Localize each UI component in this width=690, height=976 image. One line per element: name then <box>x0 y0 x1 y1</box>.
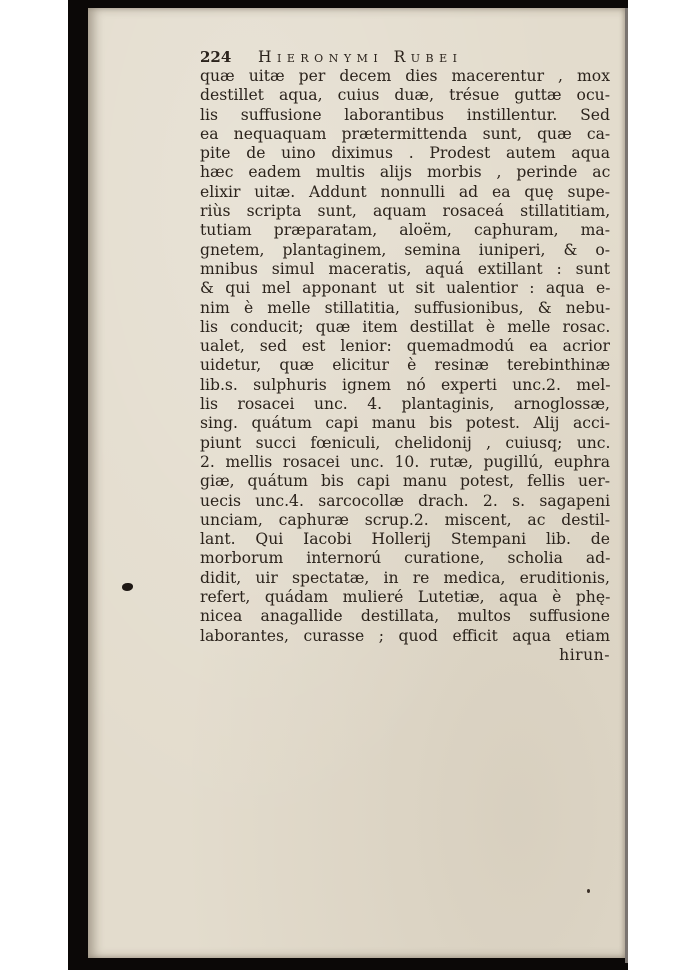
paper-speck <box>587 889 590 893</box>
text-line: quæ uitæ per decem dies macerentur , mox <box>200 67 610 86</box>
text-line: gnetem, plantaginem, semina iuniperi, & … <box>200 241 610 260</box>
text-line: riùs scripta sunt, aquam rosaceá stillat… <box>200 202 610 221</box>
page-number: 224 <box>200 48 258 67</box>
text-line: morborum internorú curatione, scholia ad… <box>200 549 610 568</box>
page-edge <box>625 8 628 963</box>
text-line: uidetur, quæ elicitur è resinæ terebinth… <box>200 356 610 375</box>
text-line: tutiam præparatam, aloëm, caphuram, ma- <box>200 221 610 240</box>
body-text: quæ uitæ per decem dies macerentur , mox… <box>200 67 610 646</box>
text-line: lis rosacei unc. 4. plantaginis, arnoglo… <box>200 395 610 414</box>
text-line: didit, uir spectatæ, in re medica, erudi… <box>200 569 610 588</box>
page-text-block: 224 Hieronymi Rubei quæ uitæ per decem d… <box>200 48 610 665</box>
text-line: destillet aqua, cuius duæ, trésue guttæ … <box>200 86 610 105</box>
text-line: mnibus simul maceratis, aquá extillant :… <box>200 260 610 279</box>
running-title: Hieronymi Rubei <box>258 48 463 67</box>
text-line: laborantes, curasse ; quod efficit aqua … <box>200 627 610 646</box>
text-line: nicea anagallide destillata, multos suff… <box>200 607 610 626</box>
text-line: piunt succi fœniculi, chelidonij , cuius… <box>200 434 610 453</box>
page-header: 224 Hieronymi Rubei <box>200 48 610 67</box>
text-line: pite de uino diximus . Prodest autem aqu… <box>200 144 610 163</box>
text-line: hæc eadem multis alijs morbis , perinde … <box>200 163 610 182</box>
text-line: ualet, sed est lenior: quemadmodú ea acr… <box>200 337 610 356</box>
text-line: ea nequaquam prætermittenda sunt, quæ ca… <box>200 125 610 144</box>
text-line: sing. quátum capi manu bis potest. Alij … <box>200 414 610 433</box>
text-line: refert, quádam mulieré Lutetiæ, aqua è p… <box>200 588 610 607</box>
text-line: lis conducit; quæ item destillat è melle… <box>200 318 610 337</box>
text-line: elixir uitæ. Addunt nonnulli ad ea quę s… <box>200 183 610 202</box>
text-line: unciam, caphuræ scrup.2. miscent, ac des… <box>200 511 610 530</box>
text-line: uecis unc.4. sarcocollæ drach. 2. s. sag… <box>200 492 610 511</box>
text-line: nim è melle stillatitia, suffusionibus, … <box>200 299 610 318</box>
text-line: & qui mel apponant ut sit ualentior : aq… <box>200 279 610 298</box>
text-line: lant. Qui Iacobi Hollerij Stempani lib. … <box>200 530 610 549</box>
catchword: hirun- <box>200 646 610 665</box>
text-line: 2. mellis rosacei unc. 10. rutæ, pugillú… <box>200 453 610 472</box>
text-line: giæ, quátum bis capi manu potest, fellis… <box>200 472 610 491</box>
text-line: lis suffusione laborantibus instillentur… <box>200 106 610 125</box>
text-line: lib.s. sulphuris ignem nó experti unc.2.… <box>200 376 610 395</box>
